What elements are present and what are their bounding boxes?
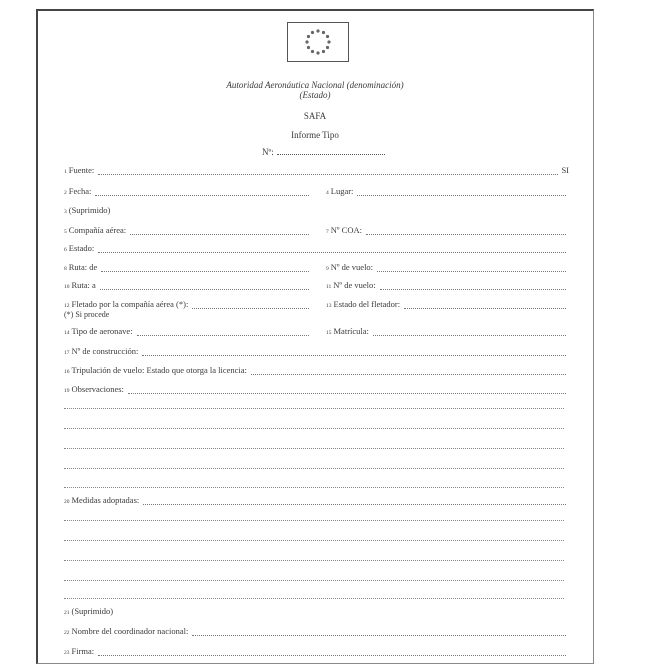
field-line[interactable] [357, 187, 566, 196]
field-fletado-por[interactable]: 12Fletado por la compañía aérea (*): [64, 299, 309, 309]
field-number: 9 [326, 266, 329, 272]
field-line[interactable] [98, 244, 566, 253]
field-line[interactable] [373, 327, 566, 336]
field-line[interactable] [100, 281, 309, 290]
field-compania-aerea[interactable]: 5Compañía aérea: [64, 225, 309, 235]
field-firma[interactable]: 23Firma: [64, 646, 566, 656]
field-number: 14 [64, 330, 70, 336]
field-number: 16 [64, 369, 70, 375]
medidas-line[interactable] [64, 598, 564, 599]
field-number: 20 [64, 499, 70, 505]
field-estado-fletador[interactable]: 13Estado del fletador: [326, 299, 566, 309]
field-line[interactable] [192, 627, 566, 636]
field-label: (Suprimido) [69, 205, 111, 215]
medidas-line[interactable] [64, 560, 564, 561]
field-matricula[interactable]: 15Matrícula: [326, 326, 566, 336]
field-label: Nº de vuelo: [331, 262, 373, 272]
field-line[interactable] [366, 226, 566, 235]
field-line[interactable] [142, 347, 566, 356]
document-frame [36, 9, 594, 664]
field-suprimido-21: 21(Suprimido) [64, 606, 113, 616]
field-label: Fecha: [69, 186, 92, 196]
field-number: 22 [64, 630, 70, 636]
field-lugar[interactable]: 4Lugar: [326, 186, 566, 196]
medidas-line[interactable] [64, 580, 564, 581]
field-label: Nombre del coordinador nacional: [72, 626, 189, 636]
field-line[interactable] [251, 366, 566, 375]
medidas-line[interactable] [64, 520, 564, 521]
field-number: 4 [326, 190, 329, 196]
observaciones-line[interactable] [64, 448, 564, 449]
field-number: 12 [64, 303, 70, 309]
field-number: 23 [64, 650, 70, 656]
field-label: Ruta: de [69, 262, 98, 272]
observaciones-line[interactable] [64, 487, 564, 488]
field-number: 5 [64, 229, 67, 235]
field-label: Nº de vuelo: [333, 280, 375, 290]
field-number: 3 [64, 209, 67, 215]
field-number: 15 [326, 330, 332, 336]
field-tripulacion-licencia[interactable]: 16Tripulación de vuelo: Estado que otorg… [64, 365, 566, 375]
observaciones-line[interactable] [64, 408, 564, 409]
field-label: Medidas adoptadas: [72, 495, 140, 505]
field-suprimido-3: 3(Suprimido) [64, 205, 110, 215]
field-line[interactable] [404, 300, 566, 309]
observaciones-line[interactable] [64, 468, 564, 469]
report-number[interactable]: Nº: [262, 147, 385, 157]
field-n-construccion[interactable]: 17Nº de construcción: [64, 346, 566, 356]
field-label: Estado del fletador: [334, 299, 401, 309]
field-number: 1 [64, 169, 67, 175]
field-number: 11 [326, 284, 331, 290]
field-label: Fuente: [69, 165, 95, 175]
field-number: 19 [64, 388, 70, 394]
field-number: 10 [64, 284, 70, 290]
field-line[interactable] [143, 496, 566, 505]
authority-heading: Autoridad Aeronáutica Nacional (denomina… [36, 80, 594, 100]
field-label: Estado: [69, 243, 95, 253]
report-number-field[interactable] [277, 154, 385, 155]
medidas-line[interactable] [64, 540, 564, 541]
field-label: Tipo de aeronave: [72, 326, 133, 336]
field-label: Nº COA: [331, 225, 362, 235]
field-ruta-a[interactable]: 10Ruta: a [64, 280, 309, 290]
field-label: Tripulación de vuelo: Estado que otorga … [72, 365, 247, 375]
field-estado[interactable]: 6Estado: [64, 243, 566, 253]
field-label: Firma: [72, 646, 95, 656]
field-label: Ruta: a [72, 280, 96, 290]
field-line[interactable] [137, 327, 309, 336]
field-n-coa[interactable]: 7Nº COA: [326, 225, 566, 235]
eu-flag-icon [287, 22, 349, 62]
field-number: 6 [64, 247, 67, 253]
field-label: Fletado por la compañía aérea (*): [72, 299, 189, 309]
field-medidas-adoptadas[interactable]: 20Medidas adoptadas: [64, 495, 566, 505]
field-label: Compañía aérea: [69, 225, 126, 235]
report-type: Informe Tipo [36, 130, 594, 140]
field-tipo-aeronave[interactable]: 14Tipo de aeronave: [64, 326, 309, 336]
field-number: 8 [64, 266, 67, 272]
program-title: SAFA [36, 111, 594, 121]
report-number-label: Nº: [262, 147, 274, 157]
field-line[interactable] [130, 226, 309, 235]
footnote-si-procede: (*) Si procede [64, 310, 109, 319]
field-label: Observaciones: [72, 384, 124, 394]
field-number: 21 [64, 610, 70, 616]
field-line[interactable] [98, 647, 566, 656]
field-label: Matrícula: [334, 326, 369, 336]
field-ruta-de[interactable]: 8Ruta: de [64, 262, 309, 272]
field-label: Lugar: [331, 186, 354, 196]
field-line[interactable] [98, 166, 558, 175]
field-number: 17 [64, 350, 70, 356]
field-fecha[interactable]: 2Fecha: [64, 186, 309, 196]
field-number: 2 [64, 190, 67, 196]
field-number: 7 [326, 229, 329, 235]
field-label: (Suprimido) [72, 606, 114, 616]
field-line[interactable] [95, 187, 309, 196]
field-n-vuelo-1[interactable]: 9Nº de vuelo: [326, 262, 566, 272]
field-line[interactable] [192, 300, 309, 309]
field-number: 13 [326, 303, 332, 309]
field-line[interactable] [101, 263, 309, 272]
authority-name: Autoridad Aeronáutica Nacional (denomina… [36, 80, 594, 90]
field-nombre-coordinador[interactable]: 22Nombre del coordinador nacional: [64, 626, 566, 636]
field-label: Nº de construcción: [72, 346, 139, 356]
field-line[interactable] [128, 385, 566, 394]
observaciones-line[interactable] [64, 428, 564, 429]
field-line[interactable] [380, 281, 566, 290]
field-line[interactable] [377, 263, 566, 272]
si-label: SI [561, 165, 569, 175]
authority-state: (Estado) [36, 90, 594, 100]
field-n-vuelo-2[interactable]: 11Nº de vuelo: [326, 280, 566, 290]
field-observaciones[interactable]: 19Observaciones: [64, 384, 566, 394]
field-fuente[interactable]: 1Fuente:SI [64, 165, 569, 175]
